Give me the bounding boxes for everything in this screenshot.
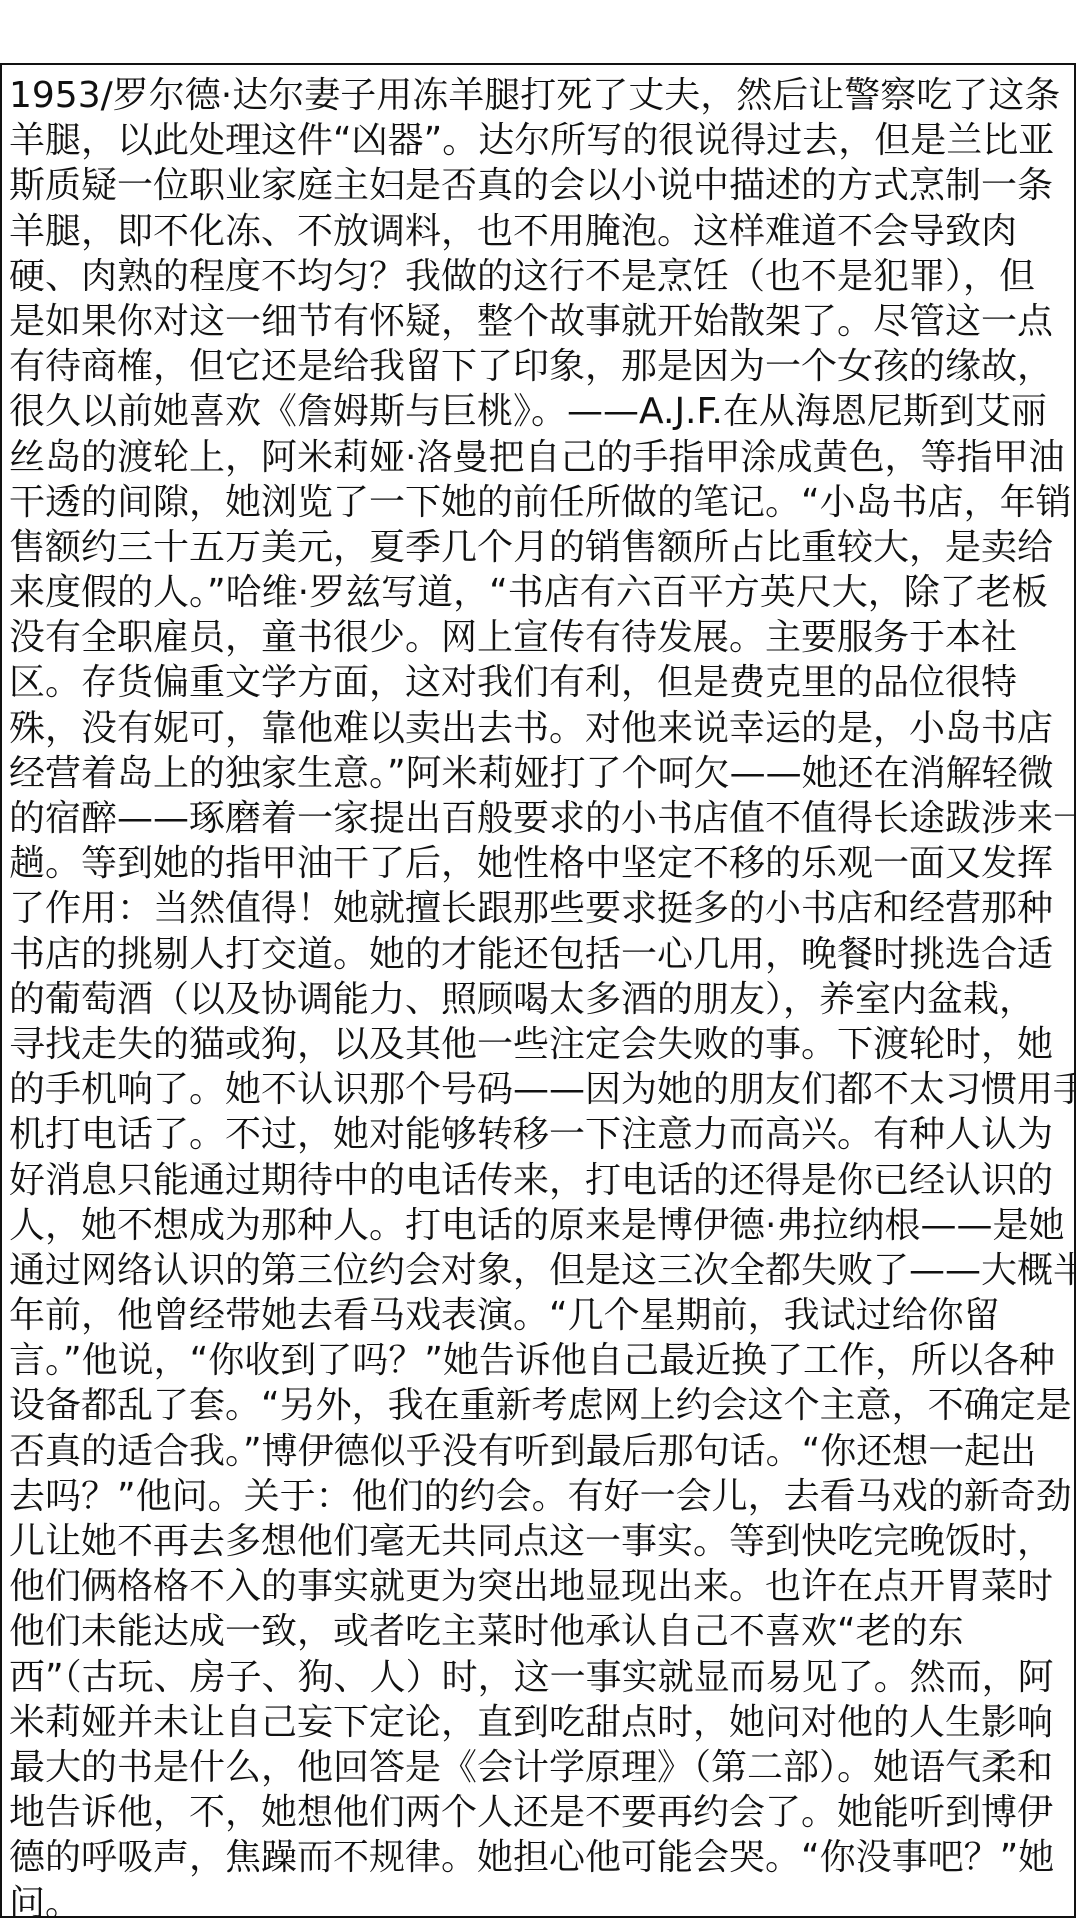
text-line: 西”（古玩、房子、狗、人）时，这一事实就显而易见了。然而，阿: [9, 1655, 1071, 1700]
text-line: 1953/罗尔德·达尔妻子用冻羊腿打死了丈夫，然后让警察吃了这条: [9, 73, 1071, 118]
text-line: 斯质疑一位职业家庭主妇是否真的会以小说中描述的方式烹制一条: [9, 163, 1071, 208]
text-line: 他们未能达成一致，或者吃主菜时他承认自己不喜欢“老的东: [9, 1609, 1071, 1654]
document-page: 1953/罗尔德·达尔妻子用冻羊腿打死了丈夫，然后让警察吃了这条羊腿，以此处理这…: [0, 63, 1076, 1918]
body-text: 1953/罗尔德·达尔妻子用冻羊腿打死了丈夫，然后让警察吃了这条羊腿，以此处理这…: [9, 73, 1071, 1918]
text-line: 区。存货偏重文学方面，这对我们有利，但是费克里的品位很特: [9, 660, 1071, 705]
text-line: 米莉娅并未让自己妄下定论，直到吃甜点时，她问对他的人生影响: [9, 1700, 1071, 1745]
text-line: 地告诉他，不，她想他们两个人还是不要再约会了。她能听到博伊: [9, 1790, 1071, 1835]
text-line: 去吗？”他问。关于：他们的约会。有好一会儿，去看马戏的新奇劲: [9, 1474, 1071, 1519]
text-line: 来度假的人。”哈维·罗兹写道，“书店有六百平方英尺大，除了老板: [9, 570, 1071, 615]
text-line: 儿让她不再去多想他们毫无共同点这一事实。等到快吃完晚饭时，: [9, 1519, 1071, 1564]
text-line: 有待商榷，但它还是给我留下了印象，那是因为一个女孩的缘故，: [9, 344, 1071, 389]
text-line: 设备都乱了套。“另外，我在重新考虑网上约会这个主意，不确定是: [9, 1383, 1071, 1428]
text-line: 丝岛的渡轮上，阿米莉娅·洛曼把自己的手指甲涂成黄色，等指甲油: [9, 435, 1071, 480]
text-line: 的葡萄酒（以及协调能力、照顾喝太多酒的朋友），养室内盆栽，: [9, 977, 1071, 1022]
text-line: 干透的间隙，她浏览了一下她的前任所做的笔记。“小岛书店，年销: [9, 480, 1071, 525]
text-line: 寻找走失的猫或狗，以及其他一些注定会失败的事。下渡轮时，她: [9, 1022, 1071, 1067]
text-line: 了作用：当然值得！她就擅长跟那些要求挺多的小书店和经营那种: [9, 886, 1071, 931]
text-line: 问。: [9, 1881, 1071, 1919]
text-line: 的手机响了。她不认识那个号码——因为她的朋友们都不太习惯用手: [9, 1067, 1071, 1112]
text-line: 很久以前她喜欢《詹姆斯与巨桃》。——A.J.F.在从海恩尼斯到艾丽: [9, 389, 1071, 434]
text-line: 羊腿，即不化冻、不放调料，也不用腌泡。这样难道不会导致肉: [9, 209, 1071, 254]
text-line: 机打电话了。不过，她对能够转移一下注意力而高兴。有种人认为: [9, 1112, 1071, 1157]
text-line: 趟。等到她的指甲油干了后，她性格中坚定不移的乐观一面又发挥: [9, 841, 1071, 886]
text-line: 的宿醉——琢磨着一家提出百般要求的小书店值不值得长途跋涉来一: [9, 796, 1071, 841]
text-line: 书店的挑剔人打交道。她的才能还包括一心几用，晚餐时挑选合适: [9, 932, 1071, 977]
text-line: 经营着岛上的独家生意。”阿米莉娅打了个呵欠——她还在消解轻微: [9, 751, 1071, 796]
text-line: 没有全职雇员，童书很少。网上宣传有待发展。主要服务于本社: [9, 615, 1071, 660]
text-line: 德的呼吸声，焦躁而不规律。她担心他可能会哭。“你没事吧？”她: [9, 1835, 1071, 1880]
text-line: 通过网络认识的第三位约会对象，但是这三次全都失败了——大概半: [9, 1248, 1071, 1293]
text-line: 最大的书是什么，他回答是《会计学原理》（第二部）。她语气柔和: [9, 1745, 1071, 1790]
text-line: 言。”他说，“你收到了吗？”她告诉他自己最近换了工作，所以各种: [9, 1338, 1071, 1383]
text-line: 年前，他曾经带她去看马戏表演。“几个星期前，我试过给你留: [9, 1293, 1071, 1338]
text-line: 羊腿，以此处理这件“凶器”。达尔所写的很说得过去，但是兰比亚: [9, 118, 1071, 163]
text-line: 售额约三十五万美元，夏季几个月的销售额所占比重较大，是卖给: [9, 525, 1071, 570]
text-line: 他们俩格格不入的事实就更为突出地显现出来。也许在点开胃菜时: [9, 1564, 1071, 1609]
text-line: 好消息只能通过期待中的电话传来，打电话的还得是你已经认识的: [9, 1158, 1071, 1203]
text-line: 硬、肉熟的程度不均匀？我做的这行不是烹饪（也不是犯罪），但: [9, 254, 1071, 299]
text-line: 殊，没有妮可，靠他难以卖出去书。对他来说幸运的是，小岛书店: [9, 706, 1071, 751]
text-line: 是如果你对这一细节有怀疑，整个故事就开始散架了。尽管这一点: [9, 299, 1071, 344]
text-line: 人，她不想成为那种人。打电话的原来是博伊德·弗拉纳根——是她: [9, 1203, 1071, 1248]
text-line: 否真的适合我。”博伊德似乎没有听到最后那句话。“你还想一起出: [9, 1429, 1071, 1474]
